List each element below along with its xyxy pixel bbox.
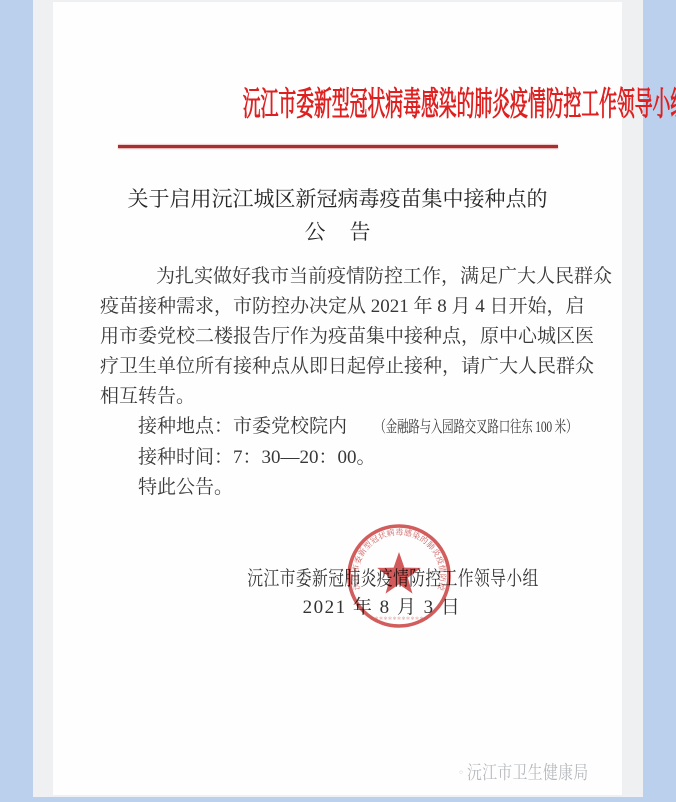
doc-title: 关于启用沅江城区新冠病毒疫苗集中接种点的 公告	[53, 183, 622, 249]
location-detail: （金融路与入园路交叉路口往东 100 米）	[347, 413, 577, 443]
watermark-text: 沅江市卫生健康局	[467, 759, 589, 785]
body-text-line: 相互转告。	[100, 382, 578, 412]
official-seal-icon: 沅江市委新型冠状病毒感染的肺炎疫情防控工作领导小组 ＊＊＊＊＊＊＊＊＊＊＊＊＊	[344, 521, 454, 631]
location-label: 接种地点：市委党校院内	[138, 416, 347, 437]
body-text-line: 疗卫生单位所有接种点从即日起停止接种，请广大人民群众	[100, 352, 578, 382]
closing-line: 特此公告。	[100, 473, 578, 503]
body-text-line: 为扎实做好我市当前疫情防控工作，满足广大人民群众	[100, 262, 578, 292]
org-header: 沅江市委新型冠状病毒感染的肺炎疫情防控工作领导小组	[53, 78, 622, 125]
location-line: 接种地点：市委党校院内（金融路与入园路交叉路口往东 100 米）	[100, 412, 578, 443]
body-text-line: 用市委党校二楼报告厅作为疫苗集中接种点，原中心城区医	[100, 322, 578, 352]
red-divider	[118, 145, 558, 148]
image-frame: 沅江市委新型冠状病毒感染的肺炎疫情防控工作领导小组 关于启用沅江城区新冠病毒疫苗…	[33, 0, 643, 797]
watermark: 沅江市卫生健康局	[459, 756, 619, 788]
seal-serial: ＊＊＊＊＊＊＊＊＊＊＊＊＊	[370, 616, 429, 621]
body-text-line: 疫苗接种需求，市防控办决定从 2021 年 8 月 4 日开始，启	[100, 292, 578, 322]
time-line: 接种时间：7：30—20：00。	[100, 443, 578, 473]
star-icon	[377, 552, 421, 594]
document-page: 沅江市委新型冠状病毒感染的肺炎疫情防控工作领导小组 关于启用沅江城区新冠病毒疫苗…	[53, 2, 622, 795]
doc-body: 为扎实做好我市当前疫情防控工作，满足广大人民群众 疫苗接种需求，市防控办决定从 …	[100, 262, 578, 503]
doc-title-line1: 关于启用沅江城区新冠病毒疫苗集中接种点的	[53, 183, 622, 216]
health-bureau-logo-icon	[459, 759, 463, 785]
doc-title-line2: 公告	[53, 216, 622, 249]
screenshot-root: { "document": { "org_header": "沅江市委新型冠状病…	[0, 0, 676, 802]
org-header-text: 沅江市委新型冠状病毒感染的肺炎疫情防控工作领导小组	[243, 78, 676, 125]
